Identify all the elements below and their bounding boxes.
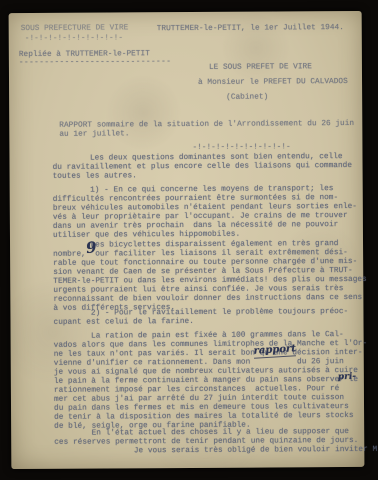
handwritten-word-rapport: rapport (253, 344, 296, 358)
dateline: TRUTTEMER-le-PETIT, le 1er Juillet 1944. (157, 24, 344, 34)
relocation-underline: ------------------------------ (19, 58, 171, 68)
report-title: RAPPORT sommaire de la situation de l'Ar… (59, 120, 354, 140)
paragraph-bicycles: Les bicyclettes disparaissent également … (53, 240, 367, 314)
paragraph-closing: Je vous serais très obligé de bien voulo… (54, 446, 378, 457)
paper-sheet: SOUS PREFECTURE DE VIRE -!-!-!-!-!-!-!-!… (9, 11, 365, 469)
paragraph-reserves: En l'état actuel des choses il y a lieu … (54, 428, 358, 448)
addressee-from: LE SOUS PREFET DE VIRE (209, 63, 312, 73)
office-name: SOUS PREFECTURE DE VIRE (21, 24, 129, 34)
scanned-document: SOUS PREFECTURE DE VIRE -!-!-!-!-!-!-!-!… (0, 0, 378, 480)
paragraph-intro: Les deux questions dominantes sont bien … (52, 153, 352, 182)
handwritten-correction-p: 9 (85, 240, 97, 256)
addressee-cabinet: (Cabinet) (226, 93, 268, 102)
handwritten-margin-pri: pri- (338, 373, 357, 383)
addressee-to: à Monsieur le PREFET DU CALVADOS (198, 78, 348, 88)
title-separator: -!-!-!-!-!-!-!-!-!-!- (192, 143, 290, 153)
paragraph-pain: La ration de pain est fixée à 100 gramme… (54, 331, 368, 432)
office-rule: -!-!-!-!-!-!-!-!-!-!- (25, 34, 123, 44)
paragraph-ravitaillement: 2) - Pour le ravitaillement le problème … (53, 308, 348, 328)
paragraph-transport: 1) - En ce qui concerne les moyens de tr… (53, 185, 357, 241)
